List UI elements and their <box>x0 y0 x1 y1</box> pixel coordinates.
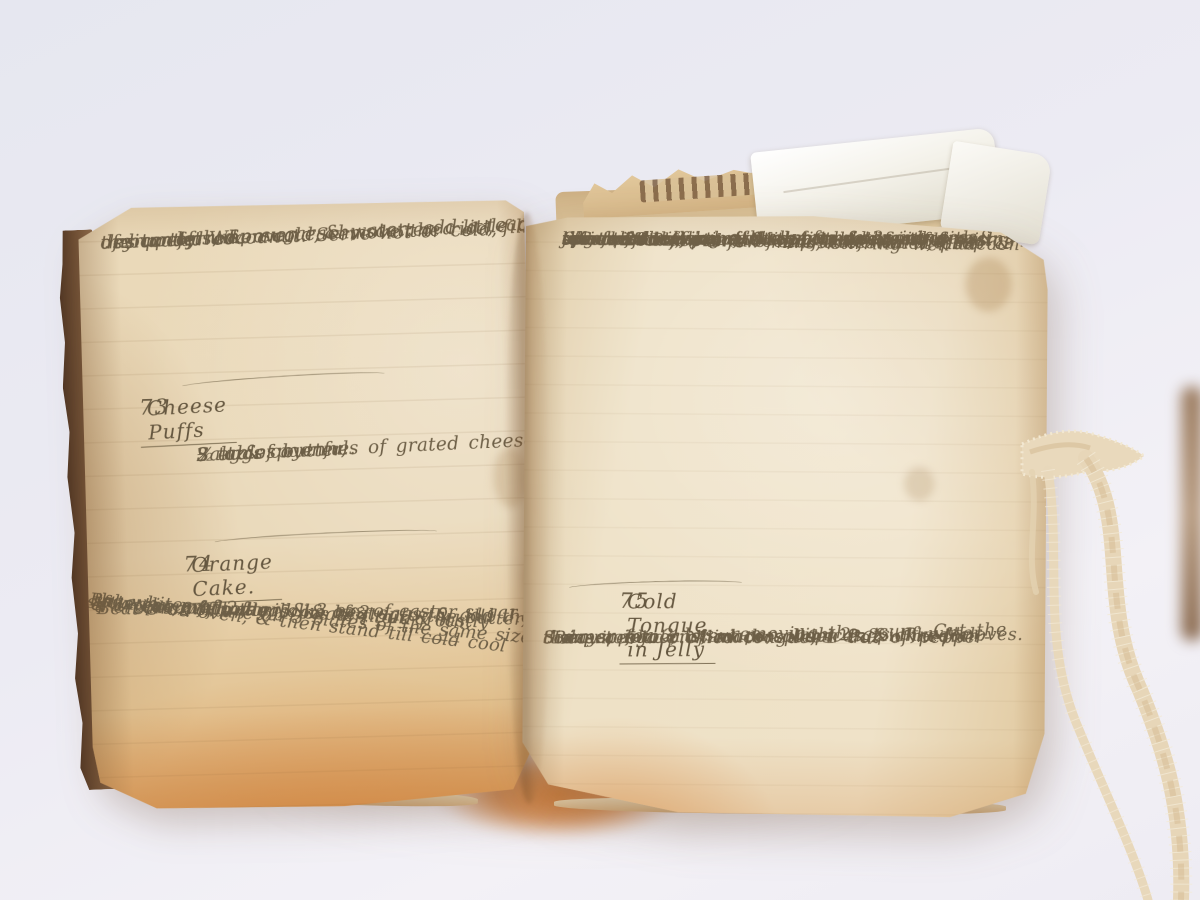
flourish-line <box>178 369 388 392</box>
handwritten-line: preferred. <box>570 226 666 254</box>
ribbon-strand <box>1048 470 1148 900</box>
ribbon-shade <box>1086 458 1181 900</box>
ribbon-fray <box>1048 470 1148 900</box>
photo-recipe-notebook: syrup of lump sugar & water; add a teacu… <box>0 0 1200 900</box>
right-page: Grate the rind of 1 lemon & 2 oranges & … <box>522 214 1048 818</box>
paper-stain <box>904 467 934 501</box>
handwritten-line: Salt & cayenne. <box>196 431 357 474</box>
handwritten-line: as preferred <box>114 222 238 260</box>
right-page-wrap: Grate the rind of 1 lemon & 2 oranges & … <box>522 214 1048 818</box>
left-page: syrup of lump sugar & water; add a teacu… <box>78 197 541 813</box>
ribbon-fray <box>1086 458 1181 900</box>
blurred-edge-object <box>1181 386 1200 641</box>
paper-stain <box>965 257 1011 311</box>
left-page-wrap: syrup of lump sugar & water; add a teacu… <box>78 197 541 813</box>
ribbon-strand <box>1086 458 1181 900</box>
flourish-line <box>211 527 441 548</box>
